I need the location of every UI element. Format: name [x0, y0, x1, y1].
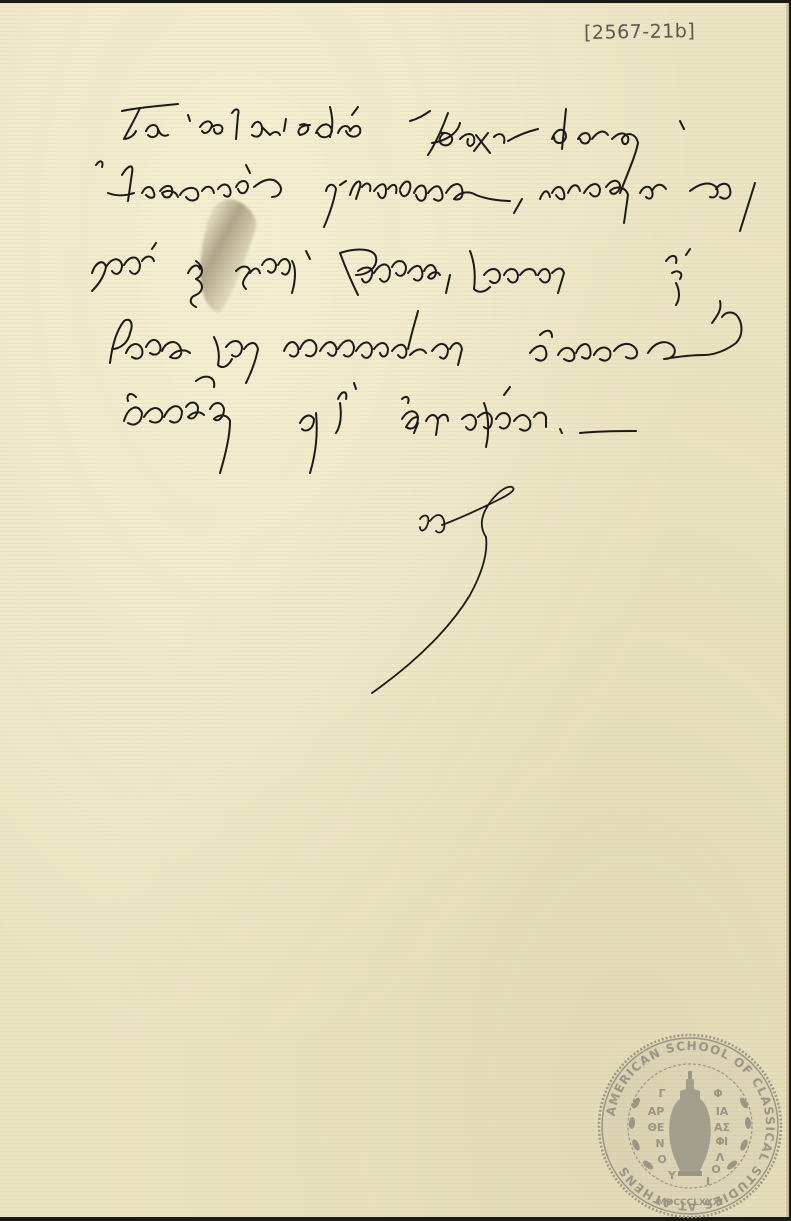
svg-text:ΑΣ: ΑΣ [714, 1121, 730, 1134]
svg-text:Φ: Φ [713, 1087, 722, 1100]
line-3 [92, 243, 690, 307]
svg-text:Ο: Ο [711, 1163, 720, 1176]
signature [372, 487, 514, 693]
svg-text:Ο: Ο [657, 1153, 666, 1166]
svg-text:ΘΕ: ΘΕ [648, 1121, 665, 1134]
line-4 [110, 301, 742, 383]
svg-text:Ι: Ι [724, 1135, 728, 1148]
institution-seal: AMERICAN SCHOOL OF CLASSICAL STUDIES AT … [596, 1033, 784, 1219]
svg-text:Γ: Γ [658, 1087, 665, 1100]
svg-text:ΙΑ: ΙΑ [716, 1105, 729, 1118]
svg-text:Ι: Ι [706, 1175, 710, 1188]
svg-text:ΑΡ: ΑΡ [648, 1105, 665, 1118]
line-1 [122, 104, 684, 193]
line-2 [96, 161, 755, 231]
line-5 [124, 377, 636, 473]
svg-text:Υ: Υ [667, 1169, 677, 1182]
seal-date: MDCCCLXXXI [657, 1198, 723, 1208]
svg-text:Ν: Ν [655, 1137, 664, 1150]
letter-page: [2567-21b] [0, 3, 789, 1217]
